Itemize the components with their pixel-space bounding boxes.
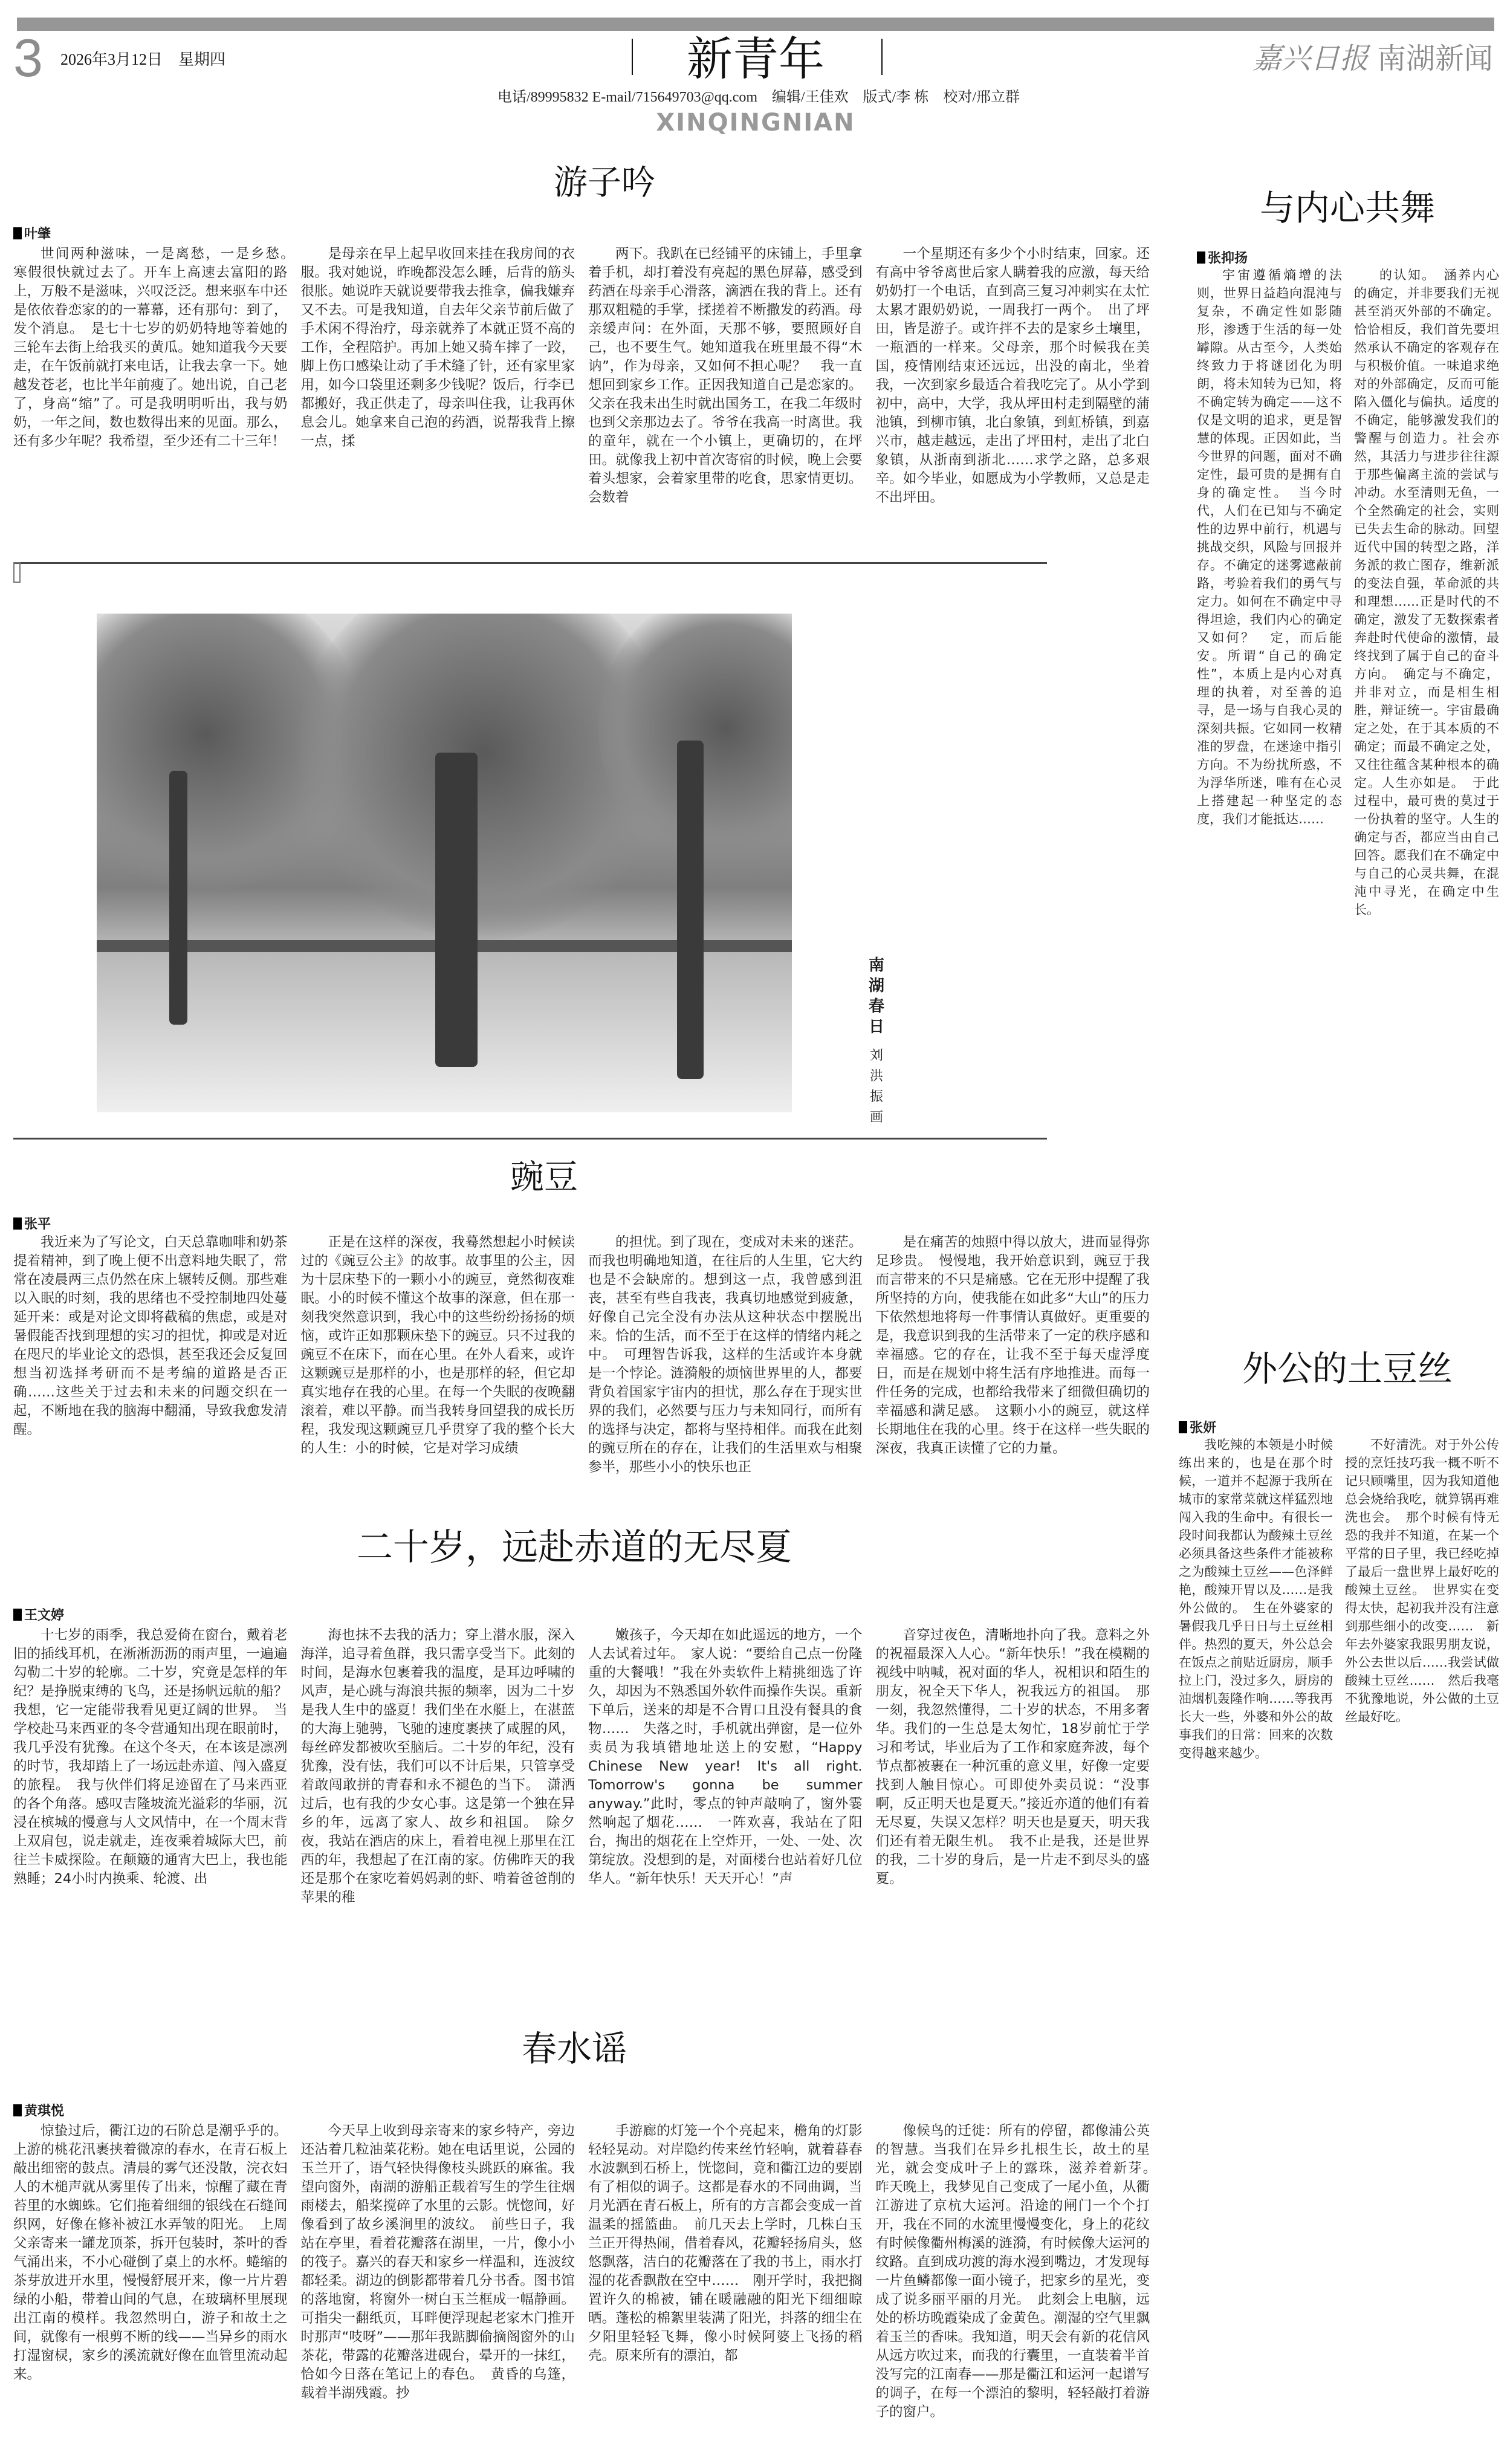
article-title-ershisui: 二十岁，远赴赤道的无尽夏 bbox=[181, 1529, 967, 1566]
article-title-waigong: 外公的土豆丝 bbox=[1185, 1351, 1510, 1386]
article-column: 今天早上收到母亲寄来的家乡特产，旁边还沾着几粒油菜花粉。她在电话里说，公园的玉兰… bbox=[301, 2122, 575, 2460]
article-column: 的认知。 涵养内心的确定，并非要我们无视甚至消灭外部的不确定。恰恰相反，我们首先… bbox=[1354, 266, 1499, 1330]
article-column: 是母亲在早上起早收回来挂在我房间的衣服。我对她说，昨晚都没怎么睡，后背的筋头很胀… bbox=[301, 245, 575, 505]
byline-youziyin: 叶肇 bbox=[13, 224, 51, 242]
caption-credit: 刘洪振 画 bbox=[864, 1046, 889, 1128]
tree-trunk bbox=[169, 771, 187, 1025]
article-title-yuneixin: 与内心共舞 bbox=[1185, 190, 1510, 225]
article-column: 我近来为了写论文，白天总靠咖啡和奶茶提着精神，到了晚上便不出意料地失眠了，常常在… bbox=[13, 1233, 288, 1499]
byline-chunshuiyao: 黄琪悦 bbox=[13, 2101, 64, 2119]
article-column: 惊蛰过后，衢江边的石阶总是潮乎乎的。上游的桃花汛裹挟着微凉的春水，在青石板上敲出… bbox=[13, 2122, 288, 2460]
article-column: 我吃辣的本领是小时候练出来的，也是在那个时候，一道并不起源于我所在城市的家常菜就… bbox=[1179, 1436, 1333, 2457]
article-column: 手游廊的灯笼一个个亮起来，檐角的灯影轻轻晃动。对岸隐约传来丝竹轻响，就着暮春水波… bbox=[588, 2122, 863, 2460]
tree-trunk bbox=[677, 741, 704, 1079]
article-column: 世间两种滋味，一是离愁，一是乡愁。 寒假很快就过去了。开车上高速去富阳的路上，万… bbox=[13, 245, 288, 505]
brand-name: 南湖新闻 bbox=[1377, 42, 1493, 76]
article-column: 一个星期还有多少个小时结束，回家。还有高中爷爷离世后家人瞒着我的应激，每天给奶奶… bbox=[876, 245, 1150, 505]
brand-logo-script: 嘉兴日报 bbox=[1252, 42, 1369, 76]
byline-ershisui: 王文婷 bbox=[13, 1605, 64, 1624]
header-bar bbox=[17, 18, 1494, 31]
article-body-waigong: 我吃辣的本领是小时候练出来的，也是在那个时候，一道并不起源于我所在城市的家常菜就… bbox=[1179, 1436, 1499, 2457]
article-column: 是在痛苦的烛照中得以放大，进而显得弥足珍贵。 慢慢地，我开始意识到，豌豆于我而言… bbox=[876, 1233, 1150, 1499]
article-title-youziyin: 游子吟 bbox=[181, 166, 1028, 200]
issue-date: 2026年3月12日 星期四 bbox=[60, 47, 225, 70]
article-body-yuneixin: 宇宙遵循熵增的法则，世界日益趋向混沌与复杂，不确定性如影随形，渗透于生活的每一处… bbox=[1197, 266, 1499, 1330]
illustration-caption: 南湖春日 刘洪振 画 bbox=[864, 955, 889, 1128]
article-body-wandou: 我近来为了写论文，白天总靠咖啡和奶茶提着精神，到了晚上便不出意料地失眠了，常常在… bbox=[13, 1233, 1150, 1499]
article-body-youziyin: 世间两种滋味，一是离愁，一是乡愁。 寒假很快就过去了。开车上高速去富阳的路上，万… bbox=[13, 245, 1150, 505]
caption-title: 南湖春日 bbox=[864, 955, 889, 1037]
byline-waigong: 张妍 bbox=[1179, 1418, 1216, 1436]
article-column: 十七岁的雨季，我总爱倚在窗台，戴着老旧的插线耳机，在淅淅沥沥的雨声里，一遍遍勾勒… bbox=[13, 1626, 288, 1989]
article-column: 宇宙遵循熵增的法则，世界日益趋向混沌与复杂，不确定性如影随形，渗透于生活的每一处… bbox=[1197, 266, 1342, 1330]
ink-painting-image bbox=[97, 614, 792, 1112]
article-column: 嫩孩子，今天却在如此遥远的地方，一个人去试着过年。 家人说：“要给自己点一份隆重… bbox=[588, 1626, 863, 1989]
page-number: 3 bbox=[13, 31, 43, 85]
article-column: 不好清洗。对于外公传授的烹饪技巧我一概不听不记只顾嘴里，因为我知道他总会烧给我吃… bbox=[1345, 1436, 1499, 2457]
article-column: 的担忧。到了现在，变成对未来的迷茫。而我也明确地知道，在往后的人生里，它大约也是… bbox=[588, 1233, 863, 1499]
article-body-chunshuiyao: 惊蛰过后，衢江边的石阶总是潮乎乎的。上游的桃花汛裹挟着微凉的春水，在青石板上敲出… bbox=[13, 2122, 1150, 2460]
section-masthead: 新青年 bbox=[604, 36, 907, 82]
byline-yuneixin: 张抑扬 bbox=[1197, 248, 1248, 267]
article-column: 像候鸟的迁徙：所有的停留，都像浦公英的智慧。当我们在异乡扎根生长，故土的星光，就… bbox=[876, 2122, 1150, 2460]
article-column: 正是在这样的深夜，我蓦然想起小时候读过的《豌豆公主》的故事。故事里的公主，因为十… bbox=[301, 1233, 575, 1499]
article-column: 两下。我趴在已经铺平的床铺上，手里拿着手机，却打着没有亮起的黑色屏幕，感受到药酒… bbox=[588, 245, 863, 505]
article-title-chunshuiyao: 春水谣 bbox=[181, 2031, 967, 2066]
byline-wandou: 张平 bbox=[13, 1214, 51, 1233]
contact-line: 电话/89995832 E-mail/715649703@qq.com 编辑/王… bbox=[471, 85, 1046, 106]
article-body-ershisui: 十七岁的雨季，我总爱倚在窗台，戴着老旧的插线耳机，在淅淅沥沥的雨声里，一遍遍勾勒… bbox=[13, 1626, 1150, 1989]
newspaper-brand: 嘉兴日报南湖新闻 bbox=[1252, 35, 1493, 77]
article-title-wandou: 豌豆 bbox=[181, 1161, 907, 1195]
article-column: 音穿过夜色，清晰地扑向了我。意料之外的祝福最深入人心。“新年快乐！”我在模糊的视… bbox=[876, 1626, 1150, 1989]
tree-trunk bbox=[435, 753, 478, 1067]
article-column: 海也抹不去我的活力；穿上潜水服，深入海洋，追寻着鱼群，我只需享受当下。此刻的时间… bbox=[301, 1626, 575, 1989]
section-pinyin: XINQINGNIAN bbox=[604, 109, 907, 137]
